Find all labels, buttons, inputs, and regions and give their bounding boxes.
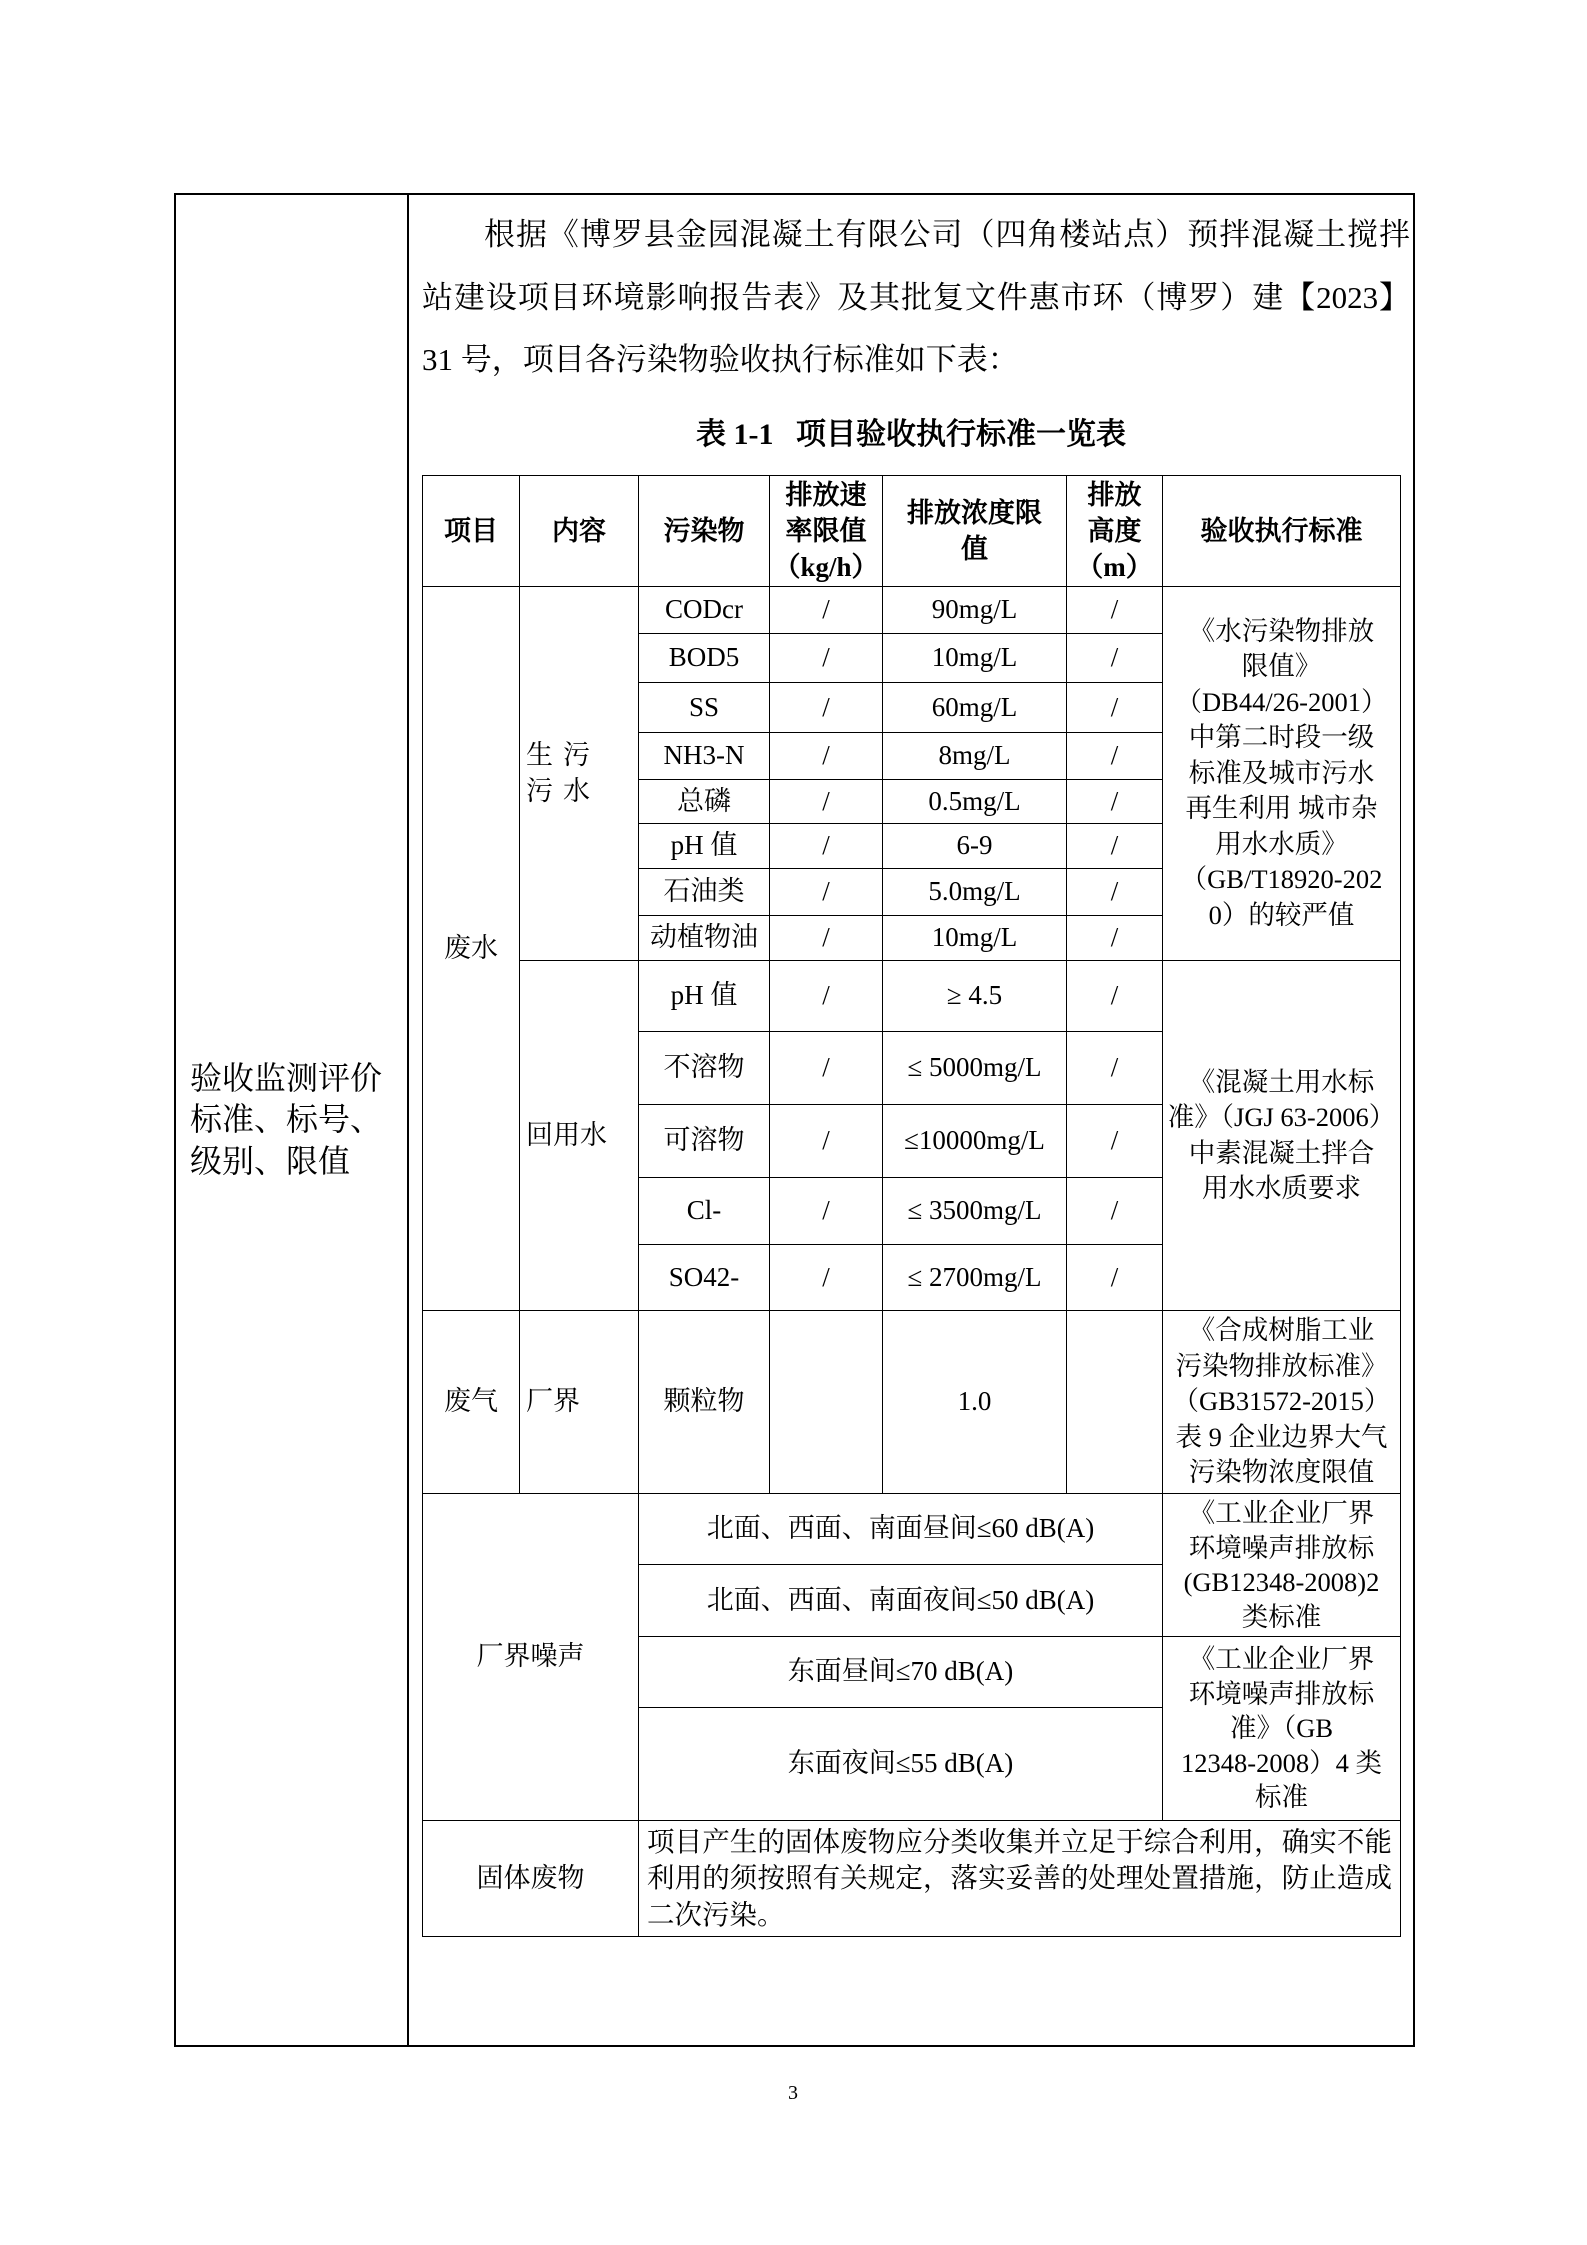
content-reuse-water: 回用水: [520, 961, 639, 1311]
concentration-cell: 0.5mg/L: [883, 780, 1067, 824]
header-concentration: 排放浓度限 值: [883, 476, 1067, 587]
category-solid-waste: 固体废物: [423, 1821, 639, 1937]
concentration-cell: ≥ 4.5: [883, 961, 1067, 1032]
pollutant-cell: CODcr: [639, 587, 770, 634]
intro-line: 31 号，项目各污染物验收执行标准如下表：: [422, 329, 1410, 392]
intro-paragraph: 根据《博罗县金园混凝土有限公司（四角楼站点）预拌混凝土搅拌 站建设项目环境影响报…: [422, 204, 1410, 392]
pollutant-cell: 可溶物: [639, 1105, 770, 1178]
standard-noise-class2: 《工业企业厂界 环境噪声排放标 (GB12348-2008)2 类标准: [1163, 1494, 1401, 1637]
solid-waste-line: 二次污染。: [647, 1897, 1392, 1934]
header-standard: 验收执行标准: [1163, 476, 1401, 587]
table-title: 表 1-1 项目验收执行标准一览表: [409, 415, 1413, 455]
standard-domestic-sewage: 《水污染物排放 限值》 （DB44/26-2001） 中第二时段一级 标准及城市…: [1163, 587, 1401, 961]
pollutant-cell: NH3-N: [639, 733, 770, 780]
height-cell: /: [1067, 1178, 1163, 1245]
pollutant-cell: Cl-: [639, 1178, 770, 1245]
height-cell: /: [1067, 824, 1163, 869]
solid-waste-text: 项目产生的固体废物应分类收集并立足于综合利用，确实不能 利用的须按照有关规定，落…: [647, 1824, 1396, 1934]
standard-noise-class4: 《工业企业厂界 环境噪声排放标 准》（GB 12348-2008）4 类 标准: [1163, 1637, 1401, 1821]
header-pollutant: 污染物: [639, 476, 770, 587]
pollutant-cell: pH 值: [639, 824, 770, 869]
noise-limit-cell: 北面、西面、南面夜间≤50 dB(A): [639, 1565, 1163, 1637]
height-cell: /: [1067, 1032, 1163, 1105]
solid-waste-line: 利用的须按照有关规定，落实妥善的处理处置措施，防止造成: [647, 1860, 1392, 1897]
pollutant-cell: 颗粒物: [639, 1311, 770, 1494]
pollutant-cell: SS: [639, 683, 770, 733]
rate-cell: /: [770, 961, 883, 1032]
concentration-cell: 60mg/L: [883, 683, 1067, 733]
concentration-cell: 10mg/L: [883, 634, 1067, 683]
pollutant-cell: pH 值: [639, 961, 770, 1032]
concentration-cell: 8mg/L: [883, 733, 1067, 780]
height-cell: /: [1067, 869, 1163, 916]
pollutant-cell: SO42-: [639, 1245, 770, 1311]
concentration-cell: ≤ 5000mg/L: [883, 1032, 1067, 1105]
category-boundary-noise: 厂界噪声: [423, 1494, 639, 1821]
header-height: 排放 高度 （m）: [1067, 476, 1163, 587]
side-label-cell: 验收监测评价标准、标号、级别、限值: [176, 195, 407, 2045]
solid-waste-description: 项目产生的固体废物应分类收集并立足于综合利用，确实不能 利用的须按照有关规定，落…: [639, 1821, 1401, 1937]
concentration-cell: 10mg/L: [883, 916, 1067, 961]
rate-cell: /: [770, 1032, 883, 1105]
noise-limit-cell: 北面、西面、南面昼间≤60 dB(A): [639, 1494, 1163, 1565]
rate-cell: [770, 1311, 883, 1494]
rate-cell: /: [770, 916, 883, 961]
content-domestic-sewage: 生污污水: [520, 587, 639, 961]
height-cell: /: [1067, 916, 1163, 961]
header-item: 项目: [423, 476, 520, 587]
pollutant-cell: BOD5: [639, 634, 770, 683]
rate-cell: /: [770, 587, 883, 634]
concentration-cell: ≤ 3500mg/L: [883, 1178, 1067, 1245]
domestic-sewage-label: 生污污水: [526, 738, 634, 809]
standard-reuse-water: 《混凝土用水标 准》（JGJ 63-2006） 中素混凝土拌合 用水水质要求: [1163, 961, 1401, 1311]
height-cell: [1067, 1311, 1163, 1494]
intro-line: 站建设项目环境影响报告表》及其批复文件惠市环（博罗）建【2023】: [422, 267, 1410, 330]
height-cell: /: [1067, 587, 1163, 634]
pollutant-cell: 不溶物: [639, 1032, 770, 1105]
concentration-cell: 6-9: [883, 824, 1067, 869]
height-cell: /: [1067, 780, 1163, 824]
solid-waste-line: 项目产生的固体废物应分类收集并立足于综合利用，确实不能: [647, 1824, 1392, 1861]
page-number: 3: [743, 2080, 843, 2106]
rate-cell: /: [770, 683, 883, 733]
noise-limit-cell: 东面昼间≤70 dB(A): [639, 1637, 1163, 1708]
concentration-cell: ≤10000mg/L: [883, 1105, 1067, 1178]
height-cell: /: [1067, 634, 1163, 683]
concentration-cell: 5.0mg/L: [883, 869, 1067, 916]
side-label: 验收监测评价标准、标号、级别、限值: [190, 1058, 390, 1183]
rate-cell: /: [770, 869, 883, 916]
category-exhaust-gas: 废气: [423, 1311, 520, 1494]
pollutant-cell: 石油类: [639, 869, 770, 916]
concentration-cell: ≤ 2700mg/L: [883, 1245, 1067, 1311]
standards-table: 项目 内容 污染物 排放速 率限值 （kg/h） 排放浓度限 值 排放 高度 （…: [422, 475, 1401, 1937]
rate-cell: /: [770, 1178, 883, 1245]
height-cell: /: [1067, 683, 1163, 733]
category-wastewater: 废水: [423, 587, 520, 1311]
pollutant-cell: 动植物油: [639, 916, 770, 961]
rate-cell: /: [770, 634, 883, 683]
height-cell: /: [1067, 1105, 1163, 1178]
concentration-cell: 90mg/L: [883, 587, 1067, 634]
height-cell: /: [1067, 733, 1163, 780]
rate-cell: /: [770, 780, 883, 824]
header-rate: 排放速 率限值 （kg/h）: [770, 476, 883, 587]
intro-line: 根据《博罗县金园混凝土有限公司（四角楼站点）预拌混凝土搅拌: [422, 204, 1410, 267]
header-content: 内容: [520, 476, 639, 587]
column-divider: [407, 195, 409, 2045]
content-boundary: 厂界: [520, 1311, 639, 1494]
standard-exhaust-gas: 《合成树脂工业 污染物排放标准》 （GB31572-2015） 表 9 企业边界…: [1163, 1311, 1401, 1494]
concentration-cell: 1.0: [883, 1311, 1067, 1494]
height-cell: /: [1067, 1245, 1163, 1311]
rate-cell: /: [770, 1245, 883, 1311]
height-cell: /: [1067, 961, 1163, 1032]
rate-cell: /: [770, 733, 883, 780]
pollutant-cell: 总磷: [639, 780, 770, 824]
rate-cell: /: [770, 824, 883, 869]
noise-limit-cell: 东面夜间≤55 dB(A): [639, 1708, 1163, 1821]
rate-cell: /: [770, 1105, 883, 1178]
